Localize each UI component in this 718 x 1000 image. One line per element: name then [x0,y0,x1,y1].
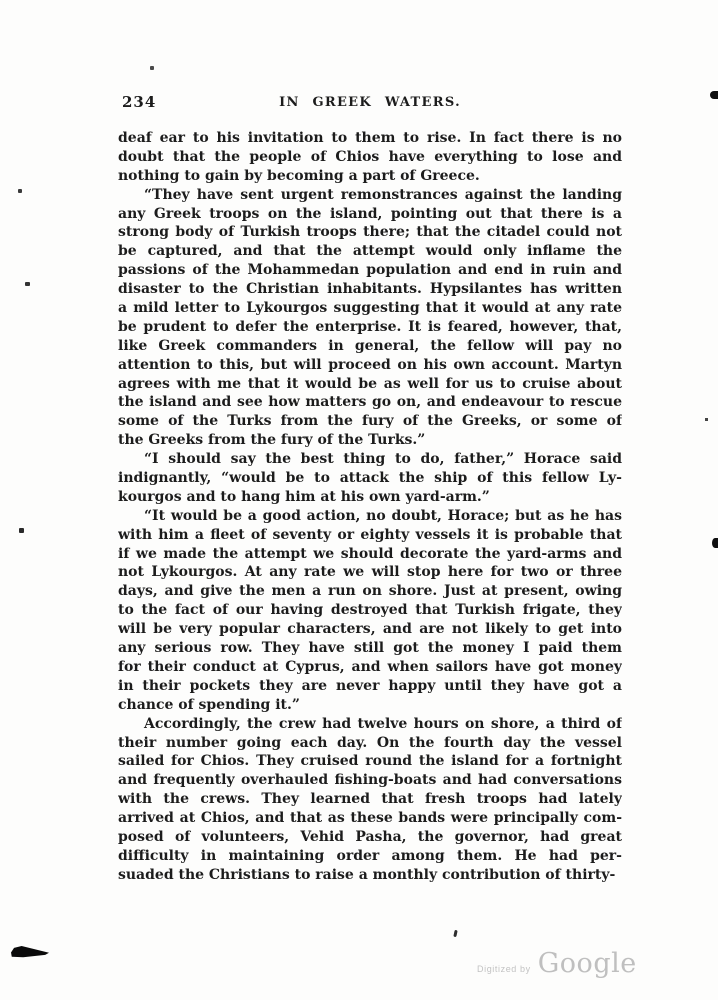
text-line: will be very popular characters, and are… [118,620,622,639]
text-line: any Greek troops on the island, pointing… [118,205,622,224]
page-edge-mark [710,91,718,99]
ink-speck [705,418,708,421]
text-line: and frequently overhauled fishing-boats … [118,771,622,790]
text-line: posed of volunteers, Vehid Pasha, the go… [118,828,622,847]
scanned-book-page: 234 IN GREEK WATERS. deaf ear to his inv… [0,0,718,1000]
digitized-watermark: Digitized by Google [477,948,637,979]
text-line: with him a fleet of seventy or eighty ve… [118,526,622,545]
text-line: attention to this, but will proceed on h… [118,356,622,375]
text-line: chance of spending it.” [118,696,622,715]
text-line: the Greeks from the fury of the Turks.” [118,431,622,450]
text-line: “I should say the best thing to do, fath… [118,450,622,469]
text-line: suaded the Christians to raise a monthly… [118,866,622,885]
text-line: “They have sent urgent remonstrances aga… [118,186,622,205]
text-line: any serious row. They have still got the… [118,639,622,658]
ink-speck [19,528,24,533]
text-line: the island and see how matters go on, an… [118,393,622,412]
text-line: arrived at Chios, and that as these band… [118,809,622,828]
text-line: in their pockets they are never happy un… [118,677,622,696]
text-line: for their conduct at Cyprus, and when sa… [118,658,622,677]
text-line: “It would be a good action, no doubt, Ho… [118,507,622,526]
ink-speck [25,282,30,286]
text-line: days, and give the men a run on shore. J… [118,582,622,601]
page-text: deaf ear to his invitation to them to ri… [118,129,622,885]
text-line: not Lykourgos. At any rate we will stop … [118,563,622,582]
digitized-by-label: Digitized by [477,964,531,974]
text-line: like Greek commanders in general, the fe… [118,337,622,356]
text-line: deaf ear to his invitation to them to ri… [118,129,622,148]
text-line: disaster to the Christian inhabitants. H… [118,280,622,299]
ink-smudge [11,945,49,958]
ink-speck [18,189,22,193]
text-line: doubt that the people of Chios have ever… [118,148,622,167]
text-line: with the crews. They learned that fresh … [118,790,622,809]
text-line: kourgos and to hang him at his own yard-… [118,488,622,507]
text-line: their number going each day. On the four… [118,734,622,753]
text-line: be prudent to defer the enterprise. It i… [118,318,622,337]
running-title: IN GREEK WATERS. [118,95,622,110]
text-line: indignantly, “would be to attack the shi… [118,469,622,488]
text-line: Accordingly, the crew had twelve hours o… [118,715,622,734]
text-line: be captured, and that the attempt would … [118,242,622,261]
page-edge-mark [712,538,718,548]
text-line: passions of the Mohammedan population an… [118,261,622,280]
text-line: if we made the attempt we should decorat… [118,545,622,564]
running-header: 234 IN GREEK WATERS. [118,93,622,113]
text-line: some of the Turks from the fury of the G… [118,412,622,431]
text-line: sailed for Chios. They cruised round the… [118,752,622,771]
text-line: nothing to gain by becoming a part of Gr… [118,167,622,186]
text-line: agrees with me that it would be as well … [118,375,622,394]
ink-speck [150,66,154,70]
text-line: strong body of Turkish troops there; tha… [118,223,622,242]
text-line: a mild letter to Lykourgos suggesting th… [118,299,622,318]
google-logo: Google [538,948,637,979]
text-line: to the fact of our having destroyed that… [118,601,622,620]
text-line: difficulty in maintaining order among th… [118,847,622,866]
ink-speck [453,930,457,937]
